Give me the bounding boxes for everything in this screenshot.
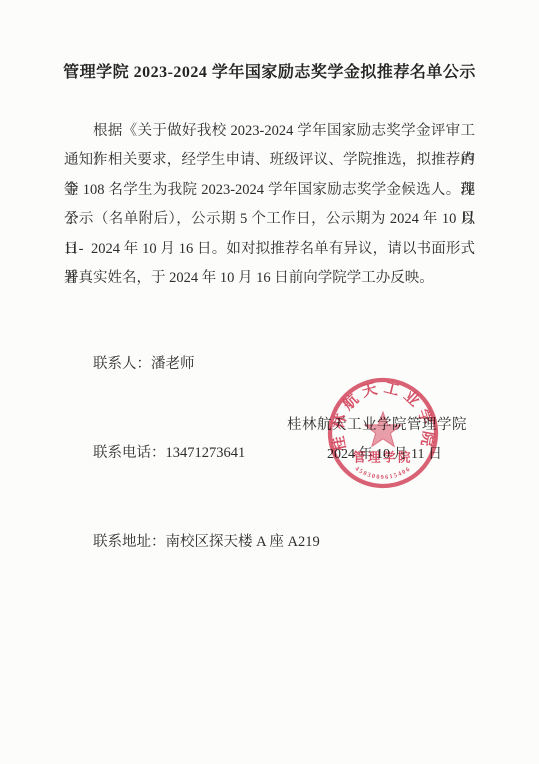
scanned-document-page: 管理学院 2023-2024 学年国家励志奖学金拟推荐名单公示 根据《关于做好我…	[0, 0, 539, 764]
seal-serial-number: 4503009615406	[354, 465, 413, 481]
paragraph-line: 等 108 名学生为我院 2023-2024 学年国家励志奖学金候选人。现予以	[64, 176, 475, 205]
page-title: 管理学院 2023-2024 学年国家励志奖学金拟推荐名单公示	[0, 59, 539, 82]
contact-address: 联系地址：南校区探天楼 A 座 A219	[93, 528, 320, 558]
paragraph-line: 公示（名单附后），公示期 5 个工作日，公示期为 2024 年 10 月 11	[64, 205, 475, 234]
star-icon	[365, 412, 401, 446]
paragraph-line: 通知》相关要求，经学生申请、班级评议、学院推选，拟推荐卢金萍	[64, 146, 475, 175]
body-paragraph: 根据《关于做好我校 2023-2024 学年国家励志奖学金评审工作的 通知》相关…	[64, 117, 475, 293]
contact-block: 联系人：潘老师 联系电话：13471273641 联系地址：南校区探天楼 A 座…	[93, 290, 320, 618]
paragraph-line: 根据《关于做好我校 2023-2024 学年国家励志奖学金评审工作的	[64, 117, 475, 146]
paragraph-line: 日- 2024 年 10 月 16 日。如对拟推荐名单有异议，请以书面形式并	[64, 235, 475, 264]
official-seal: 桂林航天工业学院 管理学院 4503009615406	[325, 375, 441, 491]
contact-phone: 联系电话：13471273641	[93, 439, 320, 469]
seal-inner-label: 管理学院	[353, 450, 413, 465]
paragraph-line: 署真实姓名，于 2024 年 10 月 16 日前向学院学工办反映。	[64, 264, 475, 293]
contact-person: 联系人：潘老师	[93, 350, 320, 380]
